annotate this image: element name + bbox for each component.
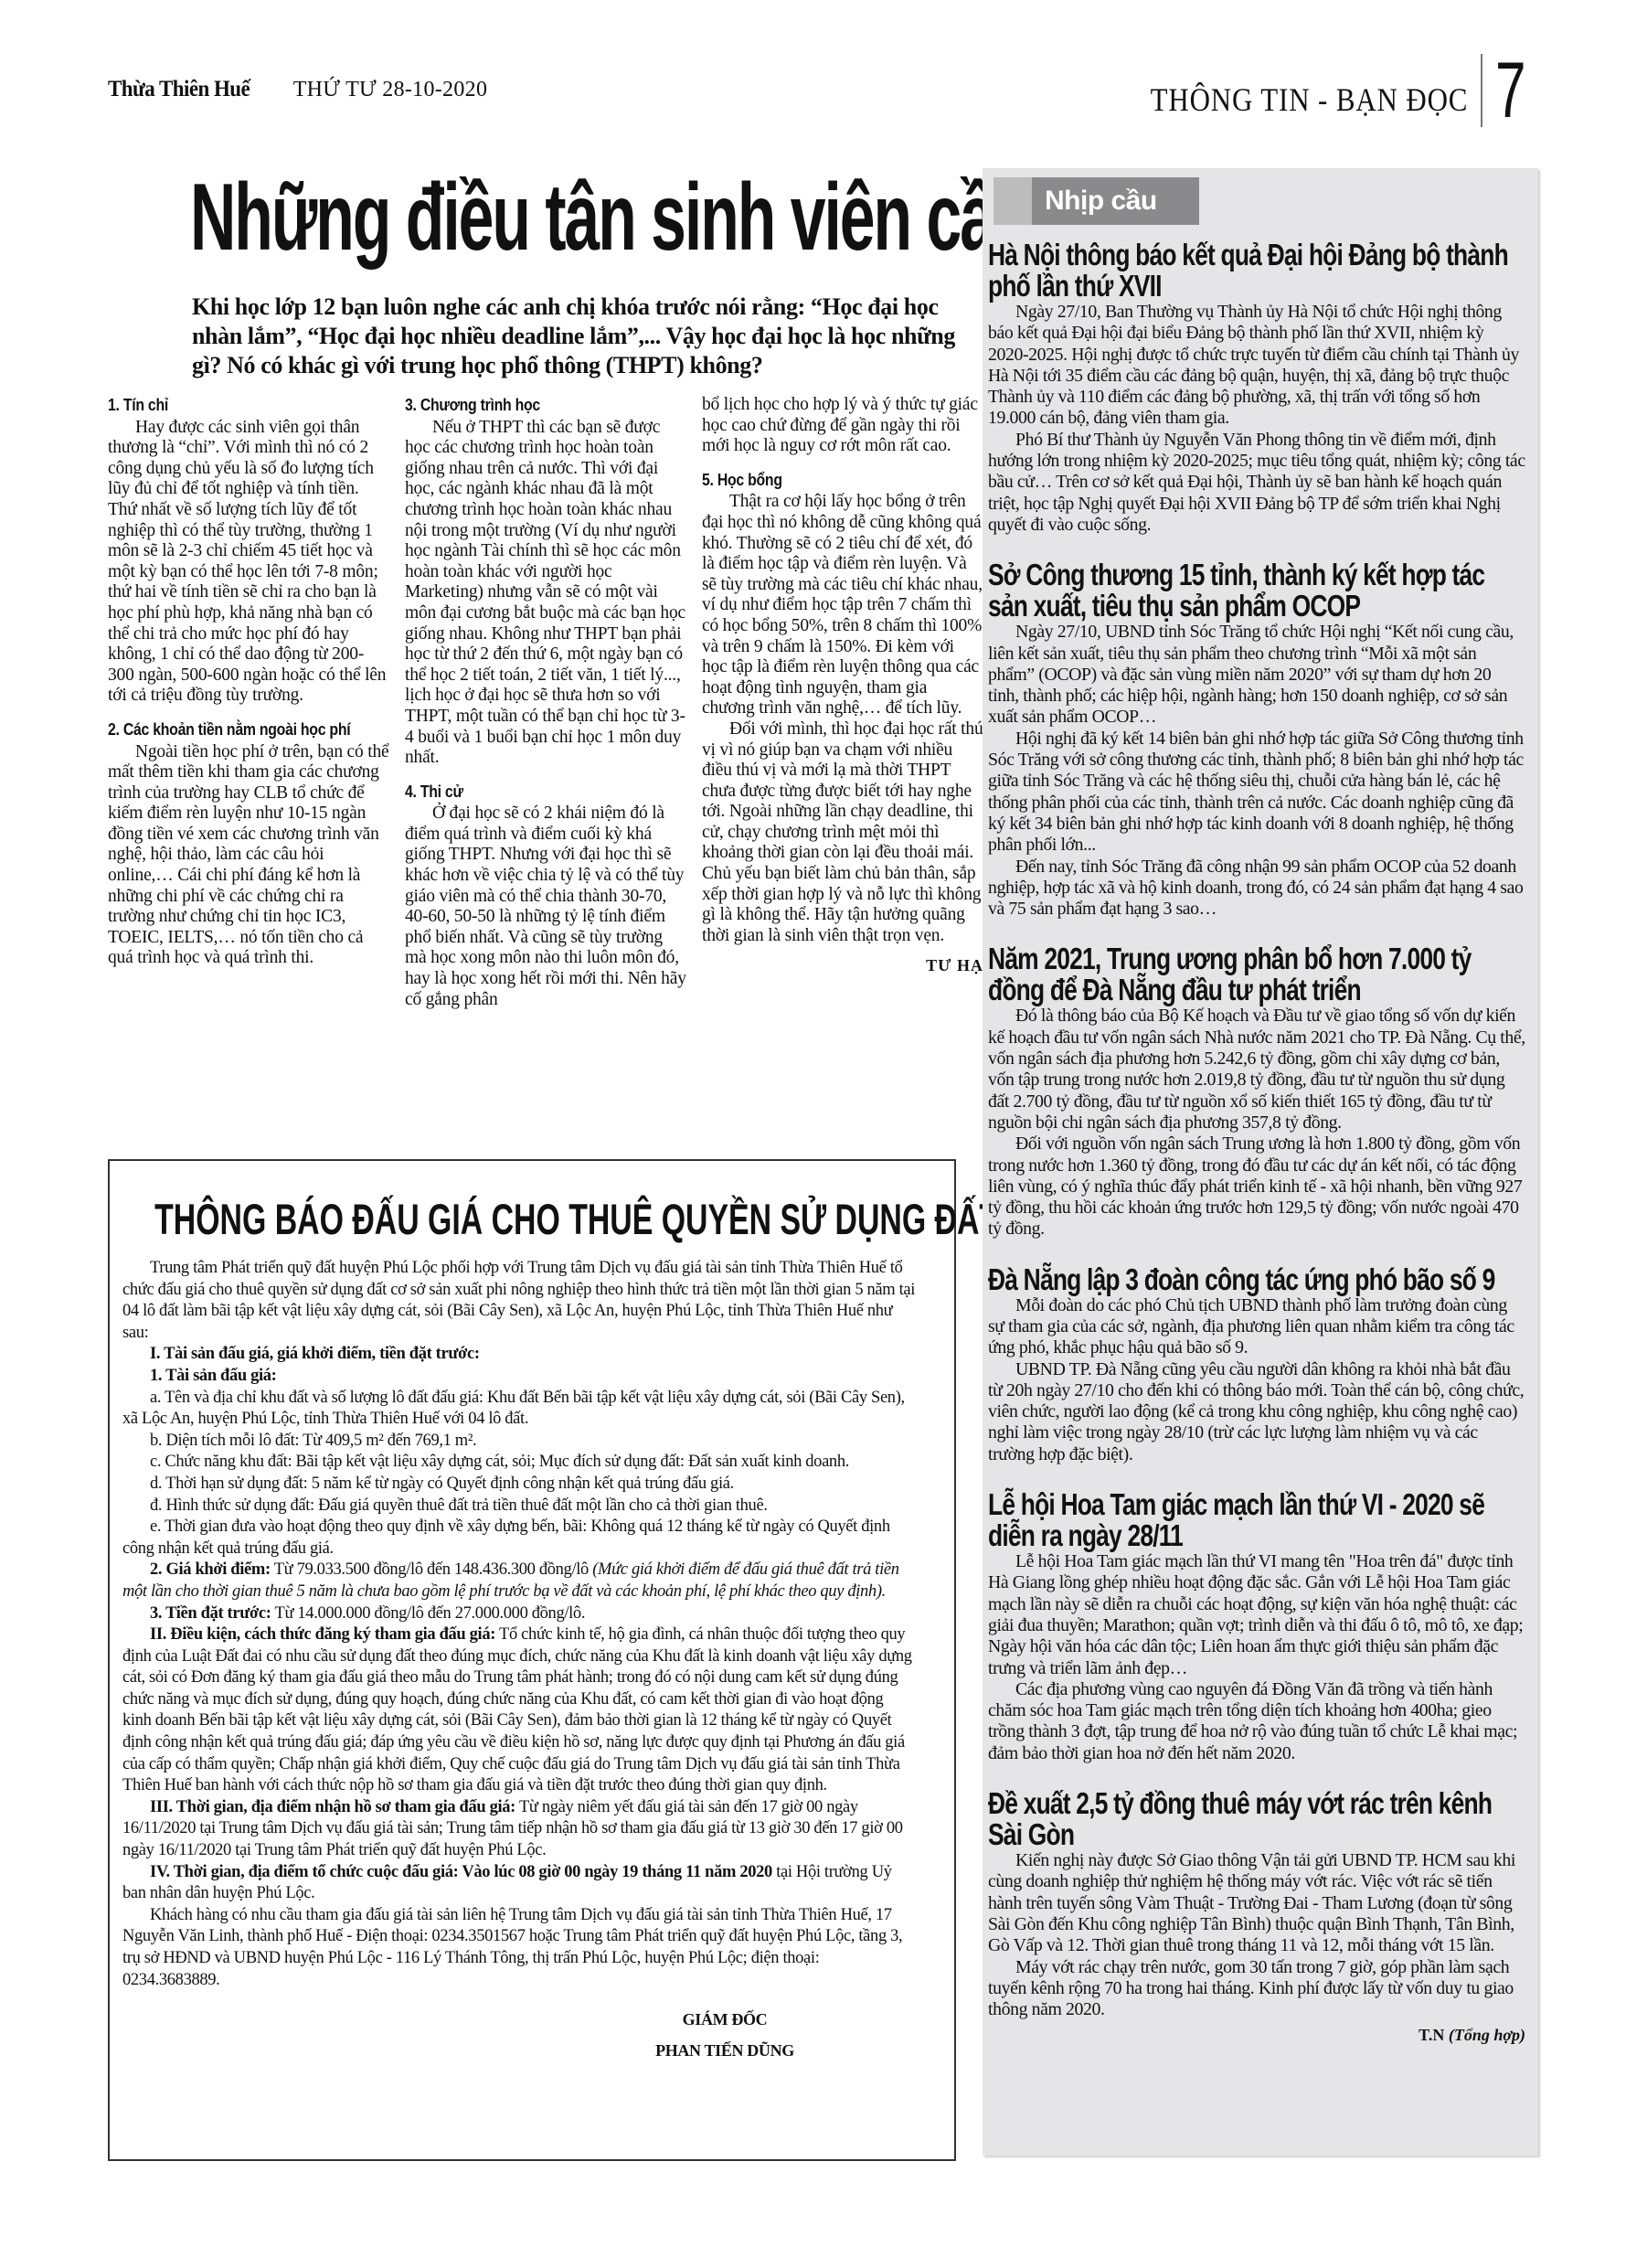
section-heading: 3. Chương trình học xyxy=(405,395,653,416)
feature-lede: Khi học lớp 12 bạn luôn nghe các anh chị… xyxy=(192,293,978,380)
starting-price-label: 2. Giá khởi điểm: xyxy=(150,1560,271,1579)
news-item: Năm 2021, Trung ương phân bổ hơn 7.000 t… xyxy=(988,943,1525,1240)
masthead-divider xyxy=(1481,54,1482,127)
starting-price: 2. Giá khởi điểm: Từ 79.033.500 đồng/lô … xyxy=(122,1560,916,1603)
auction-subsection-heading: 1. Tài sản đấu giá: xyxy=(122,1366,916,1388)
news-item: Lễ hội Hoa Tam giác mạch lần thứ VI - 20… xyxy=(988,1489,1525,1764)
sidebar-credit: T.N (Tổng hợp) xyxy=(988,2026,1525,2045)
section-paragraph: Ở đại học sẽ có 2 khái niệm đó là điểm q… xyxy=(405,804,686,1010)
signature-block: GIÁM ĐỐC PHAN TIẾN DŨNG xyxy=(534,2004,916,2066)
news-item: Sở Công thương 15 tỉnh, thành ký kết hợp… xyxy=(988,559,1525,920)
feature-headline: Những điều tân sinh viên cần biết xyxy=(190,170,717,265)
newspaper-name: Thừa Thiên Huế xyxy=(108,77,250,102)
news-paragraph: Hội nghị đã ký kết 14 biên bản ghi nhớ h… xyxy=(988,729,1525,857)
starting-price-value: Từ 79.033.500 đồng/lô đến 148.436.300 đồ… xyxy=(271,1560,592,1579)
submission-time-place: III. Thời gian, địa điểm nhận hồ sơ tham… xyxy=(122,1797,916,1862)
masthead-right: THÔNG TIN - BẠN ĐỌC 7 xyxy=(1099,51,1539,130)
news-paragraph: Mỗi đoàn do các phó Chủ tịch UBND thành … xyxy=(988,1295,1525,1359)
registration-text: Tổ chức kinh tế, hộ gia đình, cá nhân th… xyxy=(122,1625,912,1794)
news-title: Hà Nội thông báo kết quả Đại hội Đảng bộ… xyxy=(988,240,1513,302)
section-paragraph: Hay được các sinh viên gọi thân thương l… xyxy=(108,418,389,707)
credit-name: T.N xyxy=(1419,2026,1444,2044)
auction-intro: Trung tâm Phát triển quỹ đất huyện Phú L… xyxy=(122,1258,916,1344)
signer-name: PHAN TIẾN DŨNG xyxy=(534,2035,916,2066)
news-paragraph: Kiến nghị này được Sở Giao thông Vận tải… xyxy=(988,1850,1525,1956)
feature-body: 1. Tín chỉ Hay được các sinh viên gọi th… xyxy=(108,395,983,1010)
section-heading: 2. Các khoản tiền nằm ngoài học phí xyxy=(108,719,356,740)
news-paragraph: UBND TP. Đà Nẵng cũng yêu cầu người dân … xyxy=(988,1359,1525,1465)
signer-title: GIÁM ĐỐC xyxy=(534,2004,916,2035)
news-paragraph: Phó Bí thư Thành ủy Nguyễn Văn Phong thô… xyxy=(988,430,1525,536)
tag-accent-block xyxy=(994,177,1032,225)
section-heading: 1. Tín chỉ xyxy=(108,395,356,416)
news-title: Sở Công thương 15 tỉnh, thành ký kết hợp… xyxy=(988,559,1513,622)
section-paragraph: Thật ra cơ hội lấy học bổng ở trên đại h… xyxy=(702,492,983,719)
deposit: 3. Tiền đặt trước: Từ 14.000.000 đồng/lô… xyxy=(122,1603,916,1625)
feature-column-3: bổ lịch học cho hợp lý và ý thức tự giác… xyxy=(702,395,983,1010)
auction-item: e. Thời gian đưa vào hoạt động theo quy … xyxy=(122,1517,916,1560)
page-number: 7 xyxy=(1495,51,1526,130)
news-paragraph: Đối với nguồn vốn ngân sách Trung ương l… xyxy=(988,1134,1525,1240)
auction-item: đ. Hình thức sử dụng đất: Đấu giá quyền … xyxy=(122,1496,916,1517)
news-paragraph: Ngày 27/10, Ban Thường vụ Thành ủy Hà Nộ… xyxy=(988,302,1525,430)
news-title: Lễ hội Hoa Tam giác mạch lần thứ VI - 20… xyxy=(988,1489,1513,1551)
masthead-left: Thừa Thiên Huế THỨ TƯ 28-10-2020 xyxy=(108,77,487,102)
auction-item: b. Diện tích mỗi lô đất: Từ 409,5 m² đến… xyxy=(122,1431,916,1453)
registration-label: II. Điều kiện, cách thức đăng ký tham gi… xyxy=(150,1625,495,1644)
auction-item: a. Tên và địa chỉ khu đất và số lượng lô… xyxy=(122,1388,916,1431)
sidebar-tag-label: Nhịp cầu xyxy=(1032,177,1199,225)
auction-item: c. Chức năng khu đất: Bãi tập kết vật li… xyxy=(122,1452,916,1474)
news-item: Đề xuất 2,5 tỷ đồng thuê máy vớt rác trê… xyxy=(988,1788,1525,2020)
section-heading: 5. Học bổng xyxy=(702,470,950,491)
news-paragraph: Đến nay, tỉnh Sóc Trăng đã công nhận 99 … xyxy=(988,857,1525,921)
feature-column-2: 3. Chương trình học Nếu ở THPT thì các b… xyxy=(405,395,686,1010)
auction-notice-box: THÔNG BÁO ĐẤU GIÁ CHO THUÊ QUYỀN SỬ DỤNG… xyxy=(108,1159,956,2161)
auction-time-label: IV. Thời gian, địa điểm tổ chức cuộc đấu… xyxy=(150,1863,772,1881)
news-sidebar: Nhịp cầu Hà Nội thông báo kết quả Đại hộ… xyxy=(983,168,1538,2156)
deposit-label: 3. Tiền đặt trước: xyxy=(150,1604,271,1623)
issue-date: THỨ TƯ 28-10-2020 xyxy=(293,78,488,102)
news-title: Đà Nẵng lập 3 đoàn công tác ứng phó bão … xyxy=(988,1264,1513,1295)
credit-note: (Tổng hợp) xyxy=(1449,2026,1525,2044)
auction-title: THÔNG BÁO ĐẤU GIÁ CHO THUÊ QUYỀN SỬ DỤNG… xyxy=(154,1194,884,1245)
section-paragraph: Đối với mình, thì học đại học rất thú vị… xyxy=(702,719,983,947)
section-paragraph-continued: bổ lịch học cho hợp lý và ý thức tự giác… xyxy=(702,395,983,457)
section-name: THÔNG TIN - BẠN ĐỌC xyxy=(1150,62,1468,119)
auction-section-heading: I. Tài sản đấu giá, giá khởi điểm, tiền … xyxy=(122,1344,916,1366)
auction-body: Trung tâm Phát triển quỹ đất huyện Phú L… xyxy=(122,1258,916,2066)
auction-item: d. Thời hạn sử dụng đất: 5 năm kể từ ngà… xyxy=(122,1474,916,1496)
news-item: Đà Nẵng lập 3 đoàn công tác ứng phó bão … xyxy=(988,1264,1525,1465)
registration-conditions: II. Điều kiện, cách thức đăng ký tham gi… xyxy=(122,1624,916,1797)
deposit-value: Từ 14.000.000 đồng/lô đến 27.000.000 đồn… xyxy=(271,1604,586,1623)
news-paragraph: Máy vớt rác chạy trên nước, gom 30 tấn t… xyxy=(988,1957,1525,2021)
section-paragraph: Ngoài tiền học phí ở trên, bạn có thể mấ… xyxy=(108,742,389,970)
news-title: Năm 2021, Trung ương phân bổ hơn 7.000 t… xyxy=(988,943,1513,1006)
feature-column-1: 1. Tín chỉ Hay được các sinh viên gọi th… xyxy=(108,395,389,1010)
news-item: Hà Nội thông báo kết quả Đại hội Đảng bộ… xyxy=(988,240,1525,536)
auction-contact: Khách hàng có nhu cầu tham gia đấu giá t… xyxy=(122,1905,916,1991)
news-paragraph: Các địa phương vùng cao nguyên đá Đồng V… xyxy=(988,1679,1525,1764)
news-title: Đề xuất 2,5 tỷ đồng thuê máy vớt rác trê… xyxy=(988,1788,1513,1850)
submission-label: III. Thời gian, địa điểm nhận hồ sơ tham… xyxy=(150,1798,515,1816)
section-paragraph: Nếu ở THPT thì các bạn sẽ được học các c… xyxy=(405,418,686,769)
auction-time-place: IV. Thời gian, địa điểm tổ chức cuộc đấu… xyxy=(122,1862,916,1905)
author-byline: TƯ HẠ xyxy=(702,955,983,976)
news-paragraph: Đó là thông báo của Bộ Kế hoạch và Đầu t… xyxy=(988,1006,1525,1134)
news-paragraph: Ngày 27/10, UBND tỉnh Sóc Trăng tổ chức … xyxy=(988,622,1525,728)
section-heading: 4. Thi cử xyxy=(405,782,653,803)
sidebar-tag: Nhịp cầu xyxy=(994,177,1199,225)
news-paragraph: Lễ hội Hoa Tam giác mạch lần thứ VI mang… xyxy=(988,1551,1525,1679)
